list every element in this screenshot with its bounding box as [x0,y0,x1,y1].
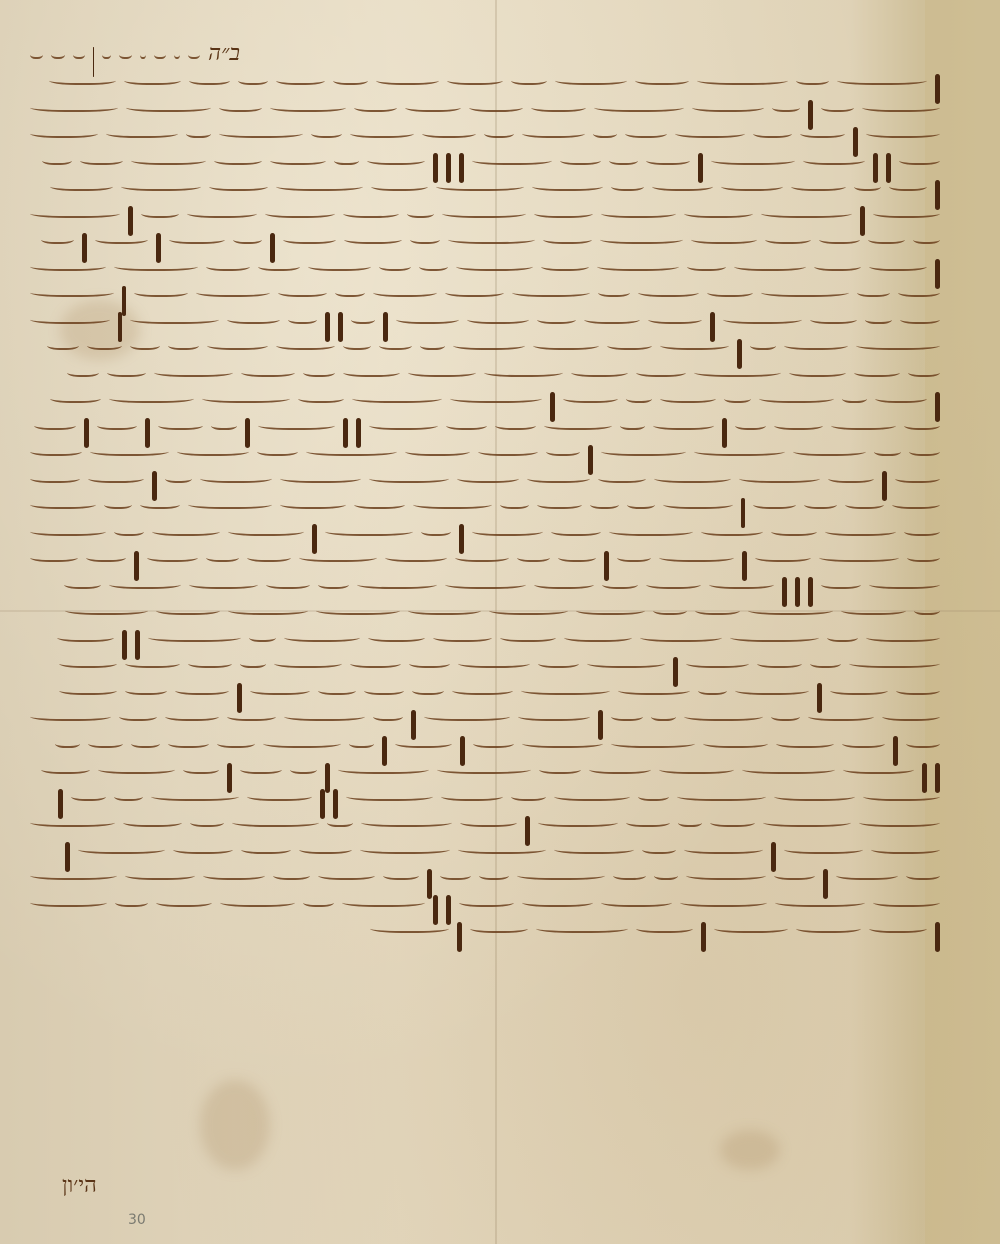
handwriting-stroke [280,472,361,483]
handwriting-stroke [560,154,601,165]
handwriting-stroke [30,525,106,536]
handwriting-stroke [601,207,676,218]
handwriting-stroke [90,445,170,456]
heading-line: ב״ה [30,40,940,67]
handwriting-stroke [460,816,517,827]
handwriting-stroke [57,631,114,642]
handwriting-stroke [774,869,816,880]
handwriting-stroke [757,657,802,668]
handwriting-stroke [78,843,165,854]
handwriting-stroke [825,525,896,536]
handwriting-stroke [51,48,65,59]
handwriting-stroke [837,74,927,85]
handwriting-stroke [219,127,303,138]
handwriting-stroke [533,339,599,350]
handwriting-stroke [909,445,940,456]
handwriting-stroke [803,154,865,165]
handwriting-stroke [598,472,646,483]
handwriting-stroke [88,472,144,483]
handwriting-stroke [775,896,864,907]
handwriting-stroke [203,869,265,880]
handwriting-stroke [114,790,143,801]
handwriting-stroke [512,286,591,297]
handwriting-stroke [594,101,684,112]
handwriting-stroke [175,684,229,695]
handwriting-stroke [240,657,266,668]
handwriting-stroke [154,366,233,377]
handwriting-stroke [303,366,335,377]
handwriting-stroke [935,922,940,952]
handwriting-stroke [131,154,206,165]
handwriting-stroke [750,339,776,350]
text-line [30,438,940,465]
handwriting-stroke [168,737,209,748]
text-line [30,597,940,624]
handwriting-stroke [370,922,449,933]
handwriting-stroke [866,631,940,642]
handwriting-stroke [653,419,714,430]
text-line [30,279,940,306]
handwriting-stroke [448,233,535,244]
handwriting-stroke [270,101,347,112]
handwriting-stroke [856,339,940,350]
handwriting-stroke [109,578,181,589]
handwriting-stroke [206,260,250,271]
handwriting-stroke [88,737,123,748]
handwriting-stroke [276,180,363,191]
text-line [30,385,940,412]
text-line [30,676,940,703]
handwriting-stroke [776,737,834,748]
handwriting-stroke [241,843,291,854]
handwriting-stroke [698,684,727,695]
handwriting-stroke [30,710,111,721]
handwriting-stroke [30,313,110,324]
text-line [30,120,940,147]
handwriting-stroke [257,445,298,456]
handwriting-stroke [784,843,863,854]
handwriting-stroke [473,737,514,748]
handwriting-stroke [325,525,414,536]
handwriting-stroke [265,207,334,218]
handwriting-stroke [521,684,610,695]
handwriting-stroke [470,922,528,933]
handwriting-stroke [373,710,403,721]
handwriting-stroke [889,180,927,191]
handwriting-stroke [735,419,766,430]
handwriting-stroke [618,684,690,695]
handwriting-stroke [659,763,734,774]
handwriting-stroke [114,260,198,271]
handwriting-stroke [30,127,98,138]
handwriting-stroke [233,233,262,244]
handwriting-stroke [228,525,304,536]
handwriting-stroke [433,631,492,642]
handwriting-stroke [349,737,374,748]
handwriting-stroke [517,869,605,880]
handwriting-stroke [250,684,310,695]
handwriting-stroke [472,154,552,165]
handwriting-stroke [156,896,213,907]
handwriting-stroke [686,869,765,880]
handwriting-stroke [311,127,343,138]
handwriting-stroke [522,127,586,138]
handwriting-stroke [771,710,800,721]
handwriting-stroke [263,737,341,748]
handwriting-stroke [854,180,881,191]
handwriting-stroke [354,101,397,112]
handwriting-stroke [675,127,745,138]
handwriting-stroke [278,286,327,297]
handwriting-stroke [636,366,686,377]
handwriting-stroke [369,472,448,483]
handwriting-stroke [273,869,310,880]
handwriting-stroke [134,286,188,297]
handwriting-stroke [47,339,79,350]
handwriting-stroke [436,180,524,191]
handwriting-stroke [73,48,85,59]
handwriting-stroke [859,816,940,827]
handwriting-stroke [123,816,182,827]
handwriting-stroke [303,896,334,907]
handwriting-stroke [80,154,123,165]
handwriting-stroke [611,737,695,748]
handwriting-stroke [538,816,618,827]
handwriting-stroke [906,869,940,880]
handwriting-stroke [283,233,336,244]
handwriting-stroke [648,313,703,324]
handwriting-stroke [318,578,349,589]
handwriting-stroke [554,843,634,854]
handwriting-stroke [346,790,433,801]
handwriting-stroke [41,763,90,774]
handwriting-stroke [695,604,740,615]
handwriting-stroke [115,896,148,907]
handwriting-stroke [800,127,845,138]
handwriting-stroke [527,472,590,483]
handwriting-stroke [701,922,706,952]
handwriting-stroke [638,790,669,801]
handwriting-stroke [841,604,906,615]
handwriting-stroke [522,737,603,748]
handwriting-stroke [270,154,326,165]
handwriting-stroke [189,578,258,589]
handwriting-stroke [536,922,628,933]
handwriting-stroke [627,498,655,509]
handwriting-stroke [266,578,310,589]
handwriting-stroke [188,657,232,668]
handwriting-stroke [447,74,503,85]
handwriting-stroke [914,604,940,615]
handwriting-stroke [165,710,219,721]
handwriting-stroke [130,313,218,324]
handwriting-stroke [188,48,200,59]
handwriting-stroke [640,631,722,642]
handwriting-stroke [609,525,693,536]
handwriting-stroke [131,737,160,748]
handwriting-stroke [593,127,617,138]
handwriting-stroke [30,101,118,112]
handwriting-stroke [653,604,687,615]
ink-stain [720,1130,780,1170]
handwriting-stroke [371,180,428,191]
handwriting-stroke [495,419,536,430]
handwriting-stroke [241,366,295,377]
handwriting-stroke [299,551,376,562]
handwriting-stroke [537,498,582,509]
handwriting-stroke [196,286,270,297]
handwriting-stroke [654,869,679,880]
handwriting-stroke [405,101,461,112]
handwriting-stroke [30,472,80,483]
handwriting-stroke [543,233,592,244]
handwriting-stroke [771,525,818,536]
handwriting-stroke [895,472,940,483]
handwriting-stroke [564,631,632,642]
handwriting-stroke [654,472,730,483]
text-line [30,67,940,94]
handwriting-stroke [692,101,764,112]
text-line [30,305,940,332]
handwriting-stroke [30,48,43,59]
handwriting-stroke [385,551,447,562]
handwriting-stroke [49,74,116,85]
handwriting-stroke [352,392,442,403]
handwriting-stroke [808,710,874,721]
handwriting-stroke [571,366,628,377]
handwriting-stroke [169,233,225,244]
handwriting-stroke [625,127,666,138]
handwriting-stroke [119,710,157,721]
handwriting-stroke [541,260,589,271]
handwriting-stroke [412,684,444,695]
handwriting-stroke [646,578,701,589]
handwriting-stroke [124,74,181,85]
handwriting-stroke [119,48,132,59]
handwriting-stroke [862,101,940,112]
handwriting-stroke [446,419,487,430]
handwriting-stroke [611,710,643,721]
handwriting-stroke [576,604,645,615]
handwriting-stroke [723,313,802,324]
handwriting-stroke [65,604,148,615]
handwriting-stroke [601,896,672,907]
handwriting-stroke [697,74,788,85]
handwriting-stroke [334,154,359,165]
handwriting-stroke [440,869,471,880]
handwriting-stroke [892,498,940,509]
handwriting-stroke [734,260,806,271]
handwriting-stroke [710,816,754,827]
handwriting-stroke [694,445,785,456]
handwriting-stroke [677,790,766,801]
handwriting-stroke [869,578,940,589]
handwriting-stroke [220,896,295,907]
handwriting-stroke [913,233,940,244]
handwriting-stroke [369,419,438,430]
handwriting-stroke [701,525,763,536]
handwriting-stroke [874,445,901,456]
handwriting-stroke [534,207,593,218]
text-line [30,173,940,200]
handwriting-stroke [467,313,528,324]
handwriting-stroke [866,127,940,138]
handwriting-stroke [290,763,317,774]
handwriting-stroke [532,180,603,191]
handwriting-stroke [544,419,612,430]
handwriting-stroke [456,260,533,271]
handwriting-stroke [660,339,729,350]
handwriting-stroke [299,843,352,854]
handwriting-stroke [410,233,440,244]
handwriting-stroke [793,445,867,456]
handwriting-stroke [30,816,115,827]
handwriting-stroke [601,445,687,456]
handwriting-stroke [189,74,230,85]
handwriting-stroke [484,127,514,138]
handwriting-stroke [691,233,757,244]
handwriting-stroke [409,657,450,668]
handwriting-stroke [735,684,809,695]
handwriting-stroke [730,631,819,642]
handwriting-stroke [551,525,601,536]
handwriting-stroke [707,286,753,297]
handwriting-stroke [511,790,546,801]
text-line [30,517,940,544]
handwriting-stroke [395,737,452,748]
handwriting-stroke [584,313,640,324]
handwriting-stroke [445,578,526,589]
text-line [30,729,940,756]
handwriting-stroke [156,604,220,615]
handwriting-stroke [125,657,180,668]
handwriting-stroke [511,74,547,85]
handwriting-stroke [350,657,401,668]
handwriting-stroke [71,790,106,801]
handwriting-stroke [626,392,652,403]
handwriting-stroke [857,286,890,297]
handwriting-stroke [364,684,404,695]
handwriting-stroke [459,896,515,907]
handwriting-stroke [796,74,829,85]
signature: הי׳ון [62,1172,97,1198]
handwriting-stroke [819,233,860,244]
handwriting-stroke [158,419,203,430]
handwriting-stroke [125,684,167,695]
text-line [30,491,940,518]
handwriting-stroke [854,366,900,377]
handwriting-stroke [900,313,940,324]
handwriting-stroke [186,127,211,138]
text-line [30,93,940,120]
handwriting-stroke [408,366,476,377]
handwriting-stroke [306,445,398,456]
text-line [30,358,940,385]
handwriting-stroke [383,869,419,880]
handwriting-stroke [563,392,618,403]
handwriting-stroke [537,313,576,324]
handwriting-stroke [343,366,400,377]
handwriting-stroke [368,631,425,642]
handwriting-stroke [288,313,318,324]
handwriting-stroke [228,604,308,615]
handwriting-stroke [455,551,509,562]
handwriting-stroke [598,286,630,297]
handwriting-stroke [810,657,841,668]
handwriting-stroke [106,127,177,138]
handwriting-stroke [845,498,884,509]
handwriting-stroke [821,578,861,589]
handwriting-stroke [651,710,676,721]
handwriting-stroke [247,551,291,562]
handwriting-stroke [452,684,513,695]
text-line [30,332,940,359]
handwriting-stroke [55,737,80,748]
handwriting-stroke [86,551,126,562]
handwriting-stroke [154,48,165,59]
handwriting-stroke [602,578,638,589]
handwriting-stroke [258,419,335,430]
handwriting-stroke [148,631,241,642]
text-line [30,782,940,809]
handwriting-stroke [865,313,892,324]
handwriting-stroke [484,366,563,377]
handwriting-stroke [607,339,652,350]
handwriting-stroke [458,657,530,668]
handwriting-stroke [684,710,763,721]
handwriting-stroke [827,631,858,642]
handwriting-stroke [626,816,669,827]
handwriting-stroke [500,498,529,509]
handwriting-stroke [109,392,194,403]
text-line [30,809,940,836]
handwriting-stroke [646,154,690,165]
text-line [30,146,940,173]
handwriting-stroke [469,101,524,112]
handwriting-stroke [165,472,192,483]
handwriting-stroke [280,498,346,509]
handwriting-stroke [457,472,520,483]
handwriting-stroke [188,498,272,509]
handwriting-stroke [50,180,113,191]
handwriting-stroke [761,286,849,297]
handwriting-stroke [804,498,837,509]
handwriting-stroke [554,790,630,801]
handwriting-stroke [379,260,411,271]
handwriting-stroke [107,366,146,377]
handwriting-stroke [238,74,268,85]
handwriting-stroke [183,763,219,774]
handwriting-stroke [687,260,726,271]
text-line [30,570,940,597]
handwriting-stroke [600,233,683,244]
handwriting-stroke [821,101,855,112]
handwriting-stroke [819,551,899,562]
handwriting-stroke [875,392,927,403]
handwriting-stroke [597,260,679,271]
text-line [30,888,940,915]
handwriting-stroke [343,339,371,350]
handwriting-stroke [104,498,132,509]
handwriting-stroke [249,631,276,642]
handwriting-stroke [517,551,550,562]
handwriting-stroke [765,233,811,244]
handwriting-stroke [187,207,257,218]
handwriting-stroke [849,657,940,668]
handwriting-stroke [338,763,429,774]
handwriting-stroke [898,286,940,297]
text-line [30,199,940,226]
